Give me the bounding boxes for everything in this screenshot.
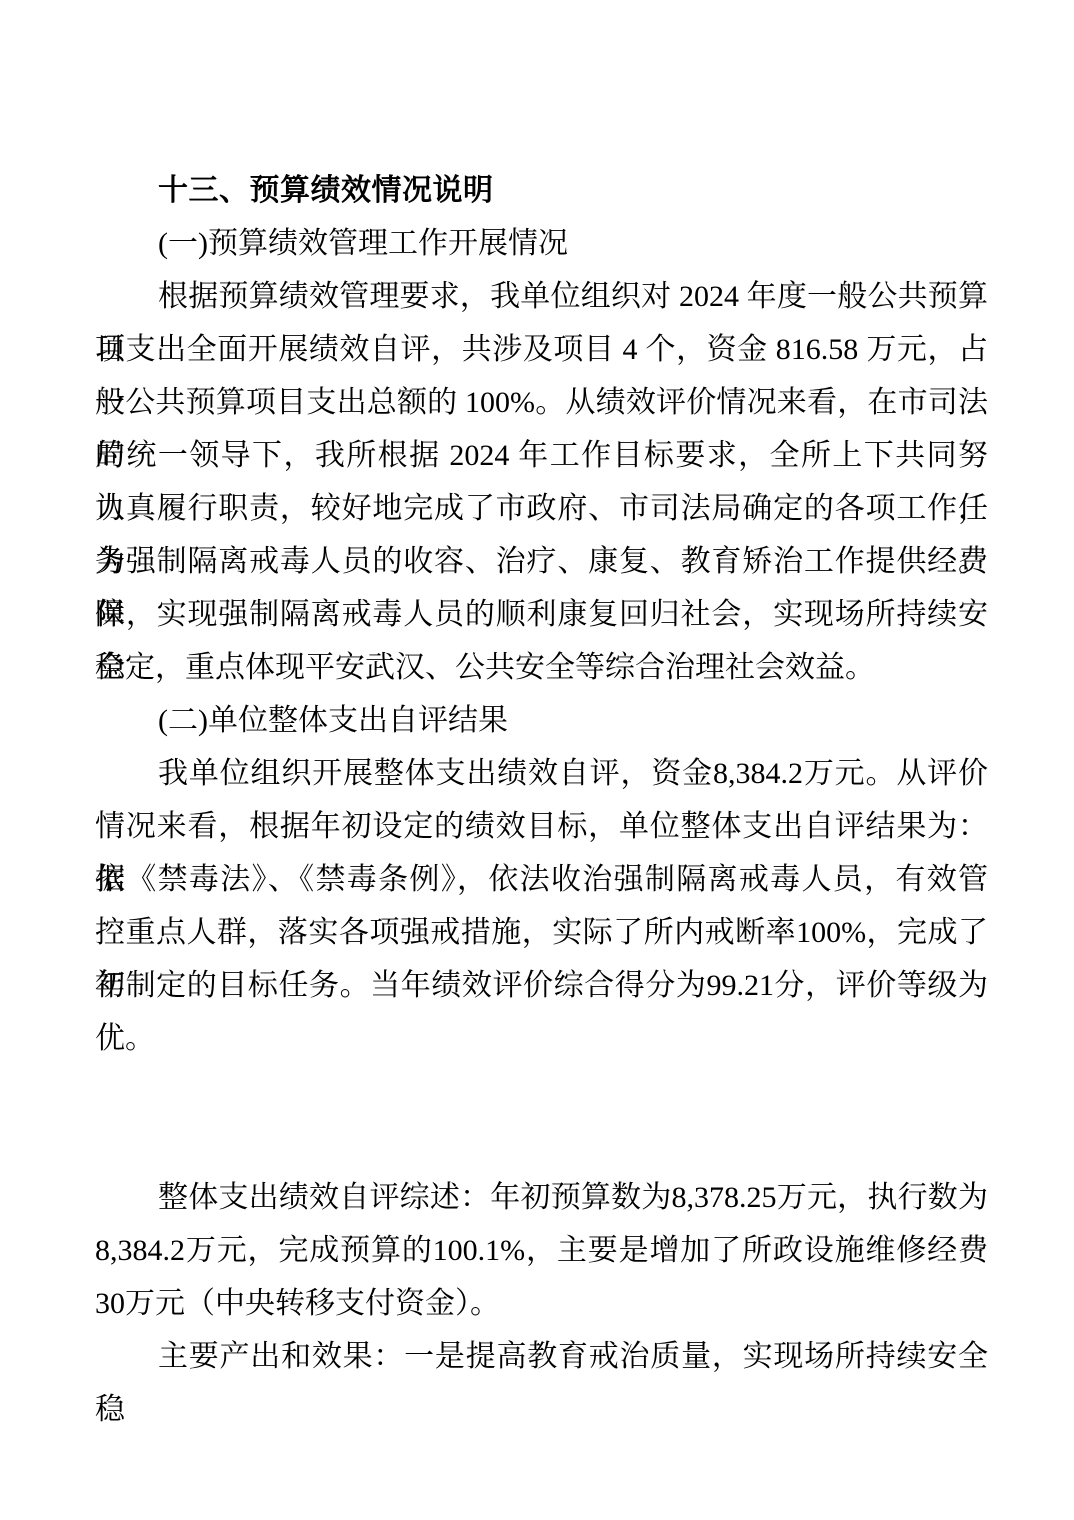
- text-line: 我单位组织开展整体支出绩效自评，资金8,384.2万元。从评价: [95, 747, 988, 800]
- text-line: 根据预算绩效管理要求，我单位组织对 2024 年度一般公共预算项: [95, 270, 988, 323]
- page-title: 十三、预算绩效情况说明: [95, 164, 988, 217]
- section-heading: (二)单位整体支出自评结果: [95, 694, 988, 747]
- text-line: 主要产出和效果：一是提高教育戒治质量，实现场所持续安全稳: [95, 1330, 988, 1383]
- section-heading: (一)预算绩效管理工作开展情况: [95, 217, 988, 270]
- blank-line: [95, 1118, 988, 1171]
- text-line: 稳定，重点体现平安武汉、公共安全等综合治理社会效益。: [95, 641, 988, 694]
- document-page: 十三、预算绩效情况说明(一)预算绩效管理工作开展情况根据预算绩效管理要求，我单位…: [0, 0, 1074, 1520]
- text-line: 优。: [95, 1012, 988, 1065]
- text-line: 30万元（中央转移支付资金）。: [95, 1277, 988, 1330]
- text-line: 般公共预算项目支出总额的 100%。从绩效评价情况来看，在市司法局: [95, 376, 988, 429]
- text-line: 目支出全面开展绩效自评，共涉及项目 4 个，资金 816.58 万元，占一: [95, 323, 988, 376]
- text-line: 整体支出绩效自评综述：年初预算数为8,378.25万元，执行数为: [95, 1171, 988, 1224]
- text-line: 情况来看，根据年初设定的绩效目标，单位整体支出自评结果为：依: [95, 800, 988, 853]
- document-text-block: 十三、预算绩效情况说明(一)预算绩效管理工作开展情况根据预算绩效管理要求，我单位…: [95, 164, 988, 1383]
- text-line: 为强制隔离戒毒人员的收容、治疗、康复、教育矫治工作提供经费保: [95, 535, 988, 588]
- blank-line: [95, 1065, 988, 1118]
- text-line: 初制定的目标任务。当年绩效评价综合得分为99.21分，评价等级为: [95, 959, 988, 1012]
- text-line: 的统一领导下，我所根据 2024 年工作目标要求，全所上下共同努力，: [95, 429, 988, 482]
- text-line: 障，实现强制隔离戒毒人员的顺利康复回归社会，实现场所持续安全: [95, 588, 988, 641]
- text-line: 控重点人群，落实各项强戒措施，实际了所内戒断率100%，完成了年: [95, 906, 988, 959]
- text-line: 认真履行职责，较好地完成了市政府、市司法局确定的各项工作任务。: [95, 482, 988, 535]
- text-line: 据《禁毒法》、《禁毒条例》，依法收治强制隔离戒毒人员，有效管: [95, 853, 988, 906]
- text-line: 8,384.2万元，完成预算的100.1%，主要是增加了所政设施维修经费: [95, 1224, 988, 1277]
